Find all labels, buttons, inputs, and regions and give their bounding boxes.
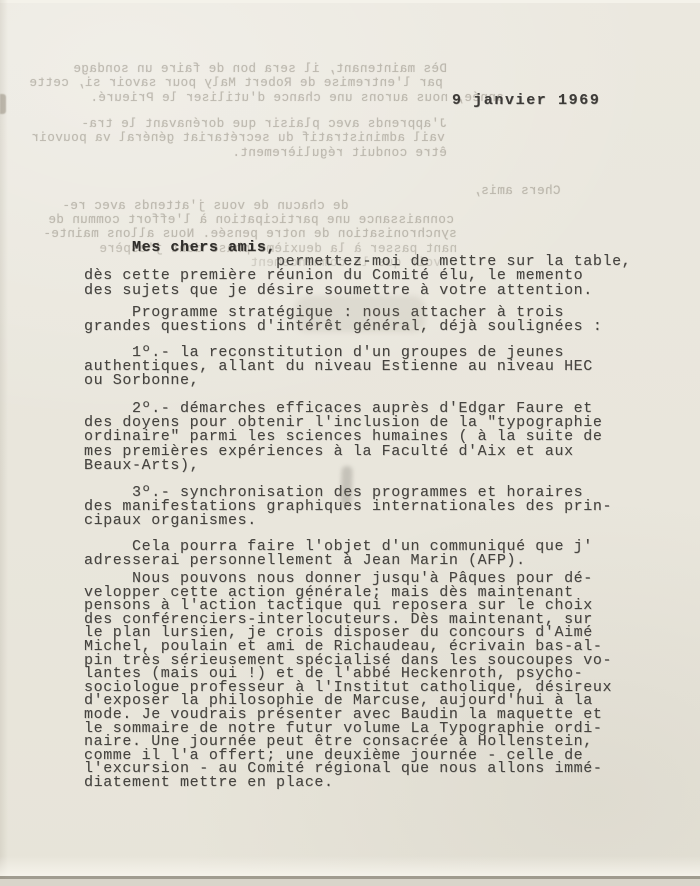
scan-left-shade <box>0 0 8 886</box>
paragraph-salutation: Mes chers amis, permettez-moi de mettre … <box>84 241 631 298</box>
text-line: cipaux organismes. <box>84 514 612 528</box>
bleedthrough-line: vail administratif du secrétariat généra… <box>31 131 445 145</box>
text-line: ou Sorbonne, <box>84 374 593 388</box>
date-line: 9 janvier 1969 <box>452 92 600 109</box>
paragraph-action-tactique: Nous pouvons nous donner jusqu'à Pâques … <box>84 572 612 790</box>
bleedthrough-line: Dès maintenant, il sera bon de faire un … <box>73 62 447 76</box>
bleedthrough-line: année, nous aurons une chance d'utiliser… <box>90 91 504 105</box>
ink-smudge <box>295 296 425 332</box>
ink-smudge <box>340 466 352 506</box>
scan-background-strip <box>0 879 700 886</box>
bleedthrough-line: J'apprends avec plaisir que dorénavant l… <box>81 117 447 131</box>
bleedthrough-line: de chacun de vous j'attends avec re- <box>62 199 348 213</box>
bleedthrough-line: Chers amis, <box>473 184 561 198</box>
scan-left-mark <box>0 94 6 114</box>
paragraph-point-1: 1º.- la reconstitution d'un groupes de j… <box>84 346 593 389</box>
paper-bottom-highlight <box>0 856 700 876</box>
document-page: Dès maintenant, il sera bon de faire un … <box>0 0 700 886</box>
scan-top-edge <box>0 0 700 3</box>
bleedthrough-line: connaissance une participation à l'effor… <box>48 213 454 227</box>
paragraph-communique: Cela pourra faire l'objet d'un communiqu… <box>84 540 593 568</box>
bleedthrough-line: être conduit régulièrement. <box>232 146 447 160</box>
bleedthrough-line: par l'entremise de Robert Maly pour savo… <box>29 76 443 90</box>
paragraph-point-2: 2º.- démarches efficaces auprès d'Edgar … <box>84 402 602 473</box>
text-line: diatement mettre en place. <box>84 776 612 790</box>
text-line: adresserai personnellement à Jean Marin … <box>84 554 593 568</box>
